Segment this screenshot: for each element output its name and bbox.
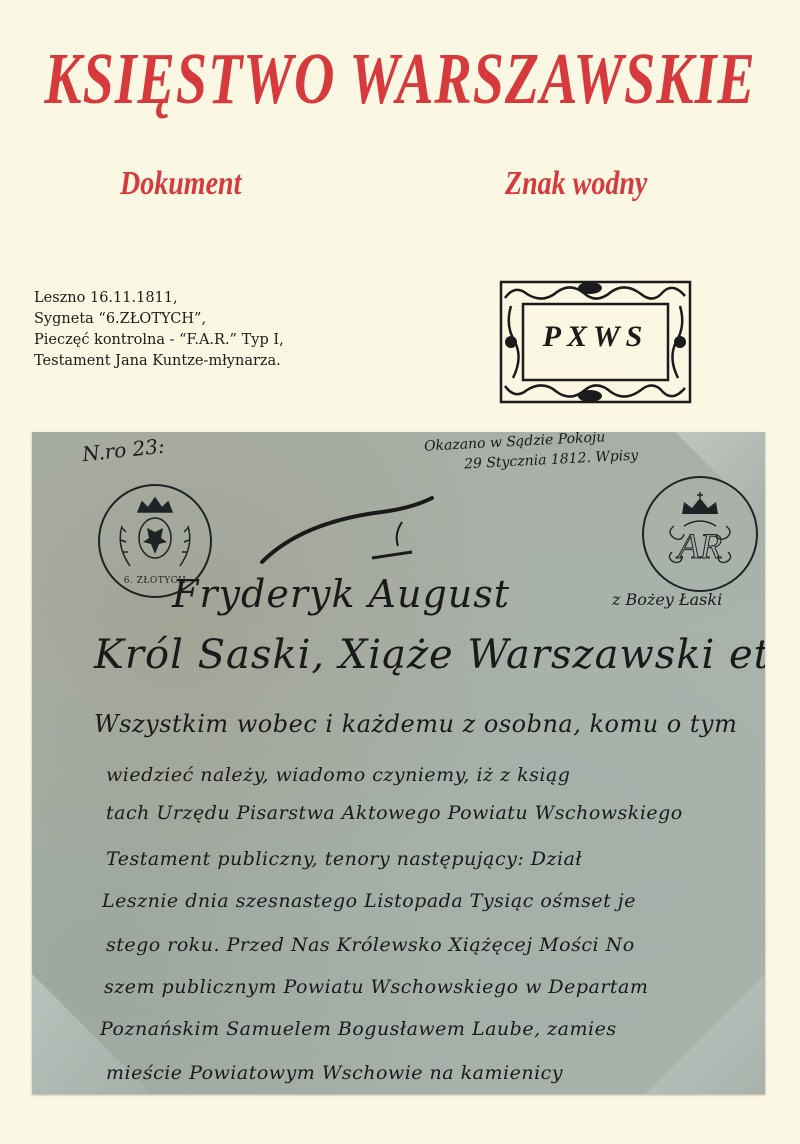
document-heading-line1: Fryderyk August bbox=[172, 572, 510, 616]
description-line: Pieczęć kontrolna - “F.A.R.” Typ I, bbox=[34, 330, 284, 351]
document-body-line: Testament publiczny, tenory następujący:… bbox=[106, 848, 582, 870]
document-body-line: wiedzieć należy, wiadomo czyniemy, iż z … bbox=[106, 764, 570, 786]
photo-corner-mount bbox=[645, 974, 765, 1094]
page-title: KSIĘSTWO WARSZAWSKIE bbox=[0, 38, 800, 121]
document-description: Leszno 16.11.1811, Sygneta “6.ZŁOTYCH”, … bbox=[34, 288, 284, 372]
watermark-illustration: PXWS bbox=[497, 278, 694, 406]
historical-document: N.ro 23: Okazano w Sądzie Pokoju 29 Styc… bbox=[32, 432, 765, 1094]
document-heading-line2: Król Saski, Xiąże Warszawski etc. bbox=[94, 632, 765, 678]
description-line: Sygneta “6.ZŁOTYCH”, bbox=[34, 309, 284, 330]
document-body-line: mieście Powiatowym Wschowie na kamienicy bbox=[106, 1062, 563, 1084]
subtitle-document: Dokument bbox=[120, 165, 241, 203]
document-number-note: N.ro 23: bbox=[81, 434, 166, 467]
document-body-line: Wszystkim wobec i każdemu z osobna, komu… bbox=[94, 710, 737, 738]
document-body-line: stego roku. Przed Nas Królewsko Xiążęcej… bbox=[106, 934, 635, 956]
document-body-line: szem publicznym Powiatu Wschowskiego w D… bbox=[104, 976, 648, 998]
document-body-line: Poznańskim Samuelem Bogusławem Laube, za… bbox=[100, 1018, 617, 1040]
description-line: Leszno 16.11.1811, bbox=[34, 288, 284, 309]
document-body-line: tach Urzędu Pisarstwa Aktowego Powiatu W… bbox=[106, 802, 683, 824]
control-seal-far: AR bbox=[642, 476, 758, 592]
svg-text:AR: AR bbox=[676, 526, 722, 566]
description-line: Testament Jana Kuntze-młynarza. bbox=[34, 351, 284, 372]
crowned-monogram-icon: AR bbox=[644, 478, 756, 590]
subtitle-watermark: Znak wodny bbox=[505, 165, 647, 203]
watermark-text: PXWS bbox=[497, 320, 694, 354]
document-body-line: Lesznie dnia szesnastego Listopada Tysią… bbox=[102, 890, 636, 912]
document-heading-tail: z Bożey Łaski bbox=[612, 590, 722, 609]
